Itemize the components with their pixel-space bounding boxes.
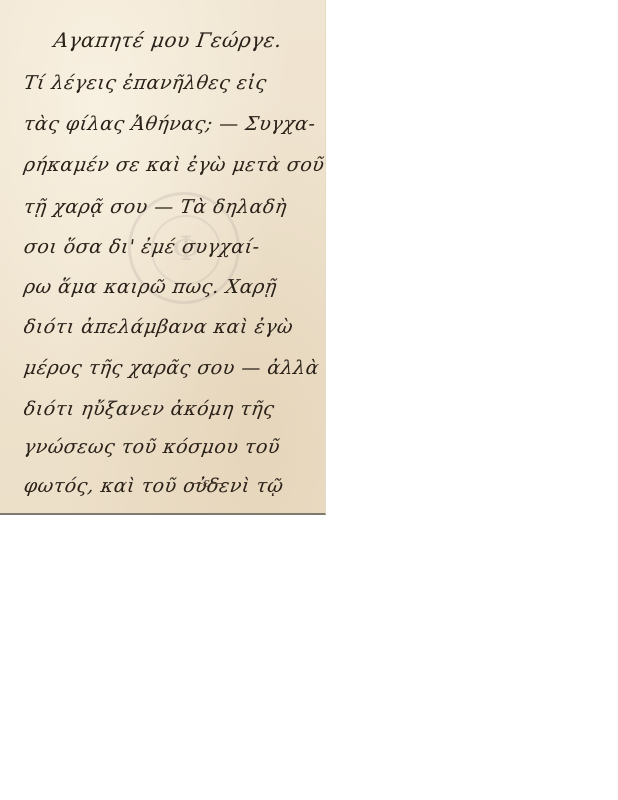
letter-body: Αγαπητέ μου Γεώργε. Τί λέγεις ἐπανῆλθες … bbox=[0, 0, 326, 515]
salutation: Αγαπητέ μου Γεώργε. bbox=[52, 28, 283, 52]
letter-line: Τί λέγεις ἐπανῆλθες εἰς bbox=[22, 72, 268, 94]
letter-line: τῇ χαρᾷ σου — Τὰ δηλαδὴ bbox=[22, 196, 288, 218]
letter-line: ρω ἅμα καιρῶ πως. Χαρῇ bbox=[22, 276, 278, 298]
letter-line: γνώσεως τοῦ κόσμου τοῦ bbox=[22, 436, 281, 458]
letter-line: διότι ἀπελάμβανα καὶ ἐγὼ bbox=[22, 316, 294, 338]
letter-line: φωτός, καὶ τοῦ οὐδενὶ τῷ bbox=[22, 475, 285, 497]
letter-line: μέρος τῆς χαρᾶς σου — ἀλλὰ bbox=[22, 357, 320, 379]
page-catchword: —ε— bbox=[190, 476, 223, 491]
letter-page: Φ Αγαπητέ μου Γεώργε. Τί λέγεις ἐπανῆλθε… bbox=[0, 0, 326, 515]
letter-line: σοι ὅσα δι' ἐμέ συγχαί- bbox=[22, 236, 261, 258]
letter-line: ρήκαμέν σε καὶ ἐγὼ μετὰ σοῦ bbox=[22, 154, 326, 176]
letter-line: τὰς φίλας Ἀθήνας; — Συγχα- bbox=[22, 113, 317, 135]
letter-line: διότι ηὔξανεν ἀκόμη τῆς bbox=[22, 398, 276, 420]
